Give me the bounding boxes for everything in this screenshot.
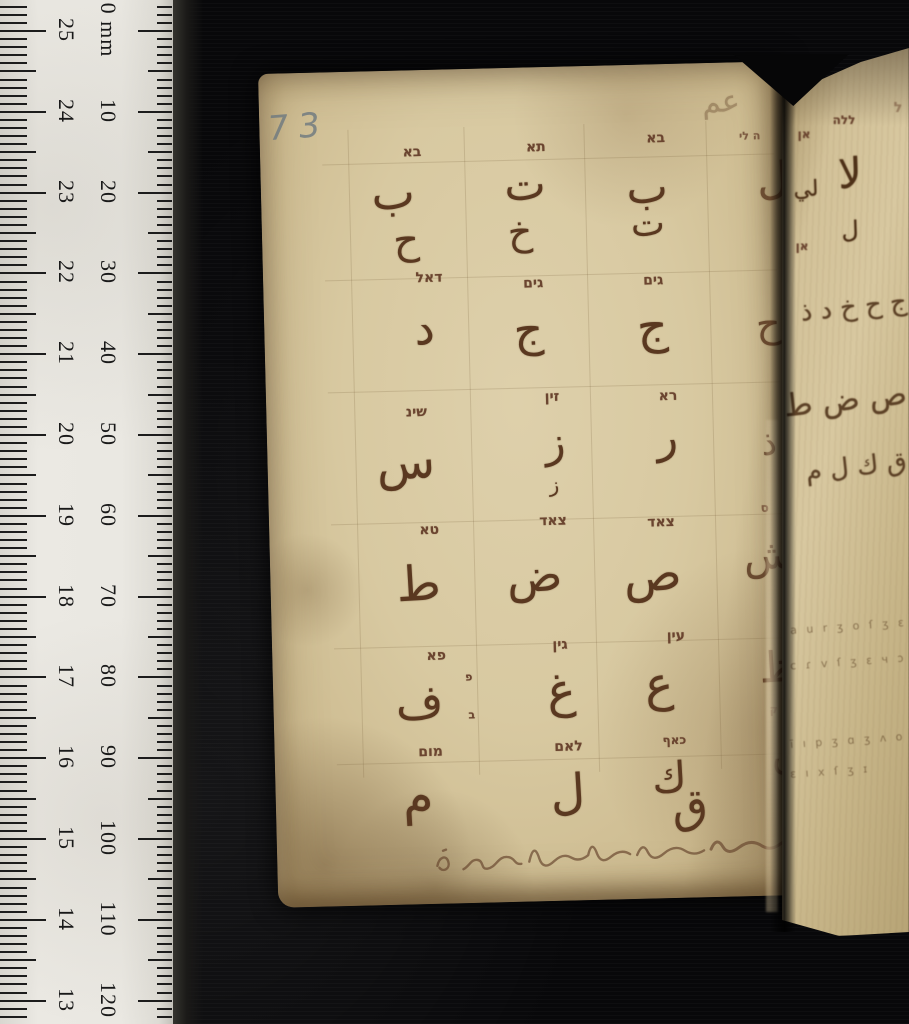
ruler-tick-left [0,693,27,695]
ruler-tick-right [157,822,172,824]
ruler-tick-right [157,870,172,872]
ruler-tick-left [0,491,27,493]
ruler-tick-left [0,6,27,8]
ruler-tick-right [157,103,172,105]
hebrew-transliteration-label: טא [419,523,439,537]
ruler-tick-right [157,612,172,614]
ruler-tick-left [0,386,27,388]
ruler-tick-left [0,862,27,864]
ruler-tick-left [0,539,27,541]
ruler-mm-number: 70 [95,584,121,608]
ruler-tick-right [157,38,172,40]
ruler-mm-number: 50 [95,422,121,446]
ruler-tick-right [138,1000,172,1002]
ruler-tick-left [0,22,27,24]
ruler-tick-right [138,192,172,194]
ruler-tick-left [0,992,27,994]
hebrew-transliteration-label: ב [468,709,475,720]
ruler-tick-left [0,685,27,687]
ruler-tick-right [157,628,172,630]
ruler-tick-right [157,54,172,56]
ruler-tick-left [0,297,27,299]
ruler-tick-left [0,159,27,161]
ruler-tick-right [138,919,172,921]
ruler-tick-right [157,887,172,889]
ruler-tick-left [0,749,27,751]
ruler-tick-left [0,418,27,420]
ruler-tick-left [0,870,27,872]
ruler-tick-left [0,1016,27,1018]
ruler-tick-right [157,345,172,347]
ruler-cm-number: 21 [53,341,79,365]
hebrew-transliteration-label: גין [552,638,568,652]
ruler-cm-number: 18 [53,584,79,608]
ruler-tick-left [0,709,27,711]
arabic-letter: عم [701,87,741,119]
ruler-mm-number: 120 [95,982,121,1018]
hebrew-transliteration-label: בא [646,131,665,145]
ruler-tick-left [0,321,27,323]
grid-line-vertical [583,124,600,772]
ruler-tick-left [0,895,27,897]
ruler-tick-left [0,1000,46,1002]
ruler-tick-right [157,337,172,339]
ruler-tick-left [0,790,27,792]
ruler-tick-left [0,410,27,412]
ruler-mm-number: 40 [95,341,121,365]
arabic-letter: خ [507,212,534,251]
ruler-tick-left [0,636,36,638]
hebrew-transliteration-label: רא [659,389,678,403]
ruler-tick-right [157,119,172,121]
ruler-tick-right [157,644,172,646]
ruler-tick-right [157,830,172,832]
ruler-tick-left [0,313,36,315]
ruler-tick-right [138,515,172,517]
ruler-tick-right [157,765,172,767]
faded-cursive-line [429,823,802,884]
ruler-tick-right [148,636,172,638]
ruler-tick-right [157,256,172,258]
ruler-cm-number: 14 [53,907,79,931]
ruler-tick-right [157,264,172,266]
ruler-tick-left [0,216,27,218]
ruler-tick-right [157,426,172,428]
ruler-tick-left [0,361,27,363]
ruler-tick-right [157,167,172,169]
ruler-tick-left [0,281,27,283]
ruler-tick-right [157,499,172,501]
ruler-tick-left [0,167,27,169]
ruler-tick-right [157,14,172,16]
ruler-tick-right [157,297,172,299]
hebrew-transliteration-label: דאל [415,271,442,286]
ruler-tick-right [157,361,172,363]
ruler-tick-left [0,450,27,452]
ruler-tick-left [0,523,27,525]
ruler-tick-right [157,579,172,581]
ruler-tick-left [0,644,27,646]
ruler-tick-left [0,676,46,678]
ruler-tick-left [0,935,27,937]
ruler-tick-right [157,862,172,864]
arabic-letter: ب [370,168,416,216]
ruler-tick-right [157,854,172,856]
ruler-tick-right [157,983,172,985]
hebrew-transliteration-label: פ [465,671,473,682]
ruler-tick-right [157,903,172,905]
arabic-letter: ت [503,162,547,208]
ruler-tick-left [0,329,27,331]
ruler-tick-right [157,6,172,8]
hebrew-transliteration-label: עין [667,629,686,643]
ruler-tick-right [157,386,172,388]
photo-scene: 252423222120191817161514130 mm1020304050… [0,0,909,1024]
ruler-tick-left [0,192,46,194]
ruler-tick-right [148,394,172,396]
ruler-tick-left [0,256,27,258]
ruler-tick-left [0,272,46,274]
hebrew-transliteration-label: אן [798,128,811,140]
ruler-tick-right [138,111,172,113]
ruler-tick-left [0,579,27,581]
ruler-tick-right [138,676,172,678]
ruler-tick-left [0,620,27,622]
faint-letter-row: ɛ ı x ſ ʒ ɪ [790,763,871,780]
ruler-tick-right [157,846,172,848]
ruler-tick-right [157,935,172,937]
arabic-letter: ل [549,768,587,818]
hebrew-transliteration-label: גים [643,273,663,287]
ruler-tick-left [0,111,46,113]
ruler-tick-left [0,741,27,743]
ruler-tick-right [157,507,172,509]
ruler-tick-right [157,369,172,371]
ruler-tick-right [157,951,172,953]
ruler-cm-number: 23 [53,180,79,204]
ruler-tick-right [138,30,172,32]
ruler-tick-left [0,240,27,242]
ruler-tick-right [157,1016,172,1018]
ruler-tick-right [157,450,172,452]
arabic-letter: ت [630,206,666,244]
ruler-tick-left [0,773,27,775]
ruler-tick-right [157,22,172,24]
ruler-tick-right [157,410,172,412]
ruler-tick-right [157,749,172,751]
ruler-tick-right [157,62,172,64]
arabic-letter: ف [394,678,444,727]
ruler-tick-right [157,539,172,541]
ruler-tick-left [0,596,46,598]
ruler-tick-left [0,248,27,250]
ruler-tick-left [0,975,27,977]
ruler-tick-left [0,878,36,880]
ruler-tick-left [0,70,36,72]
ruler-tick-left [0,151,36,153]
ruler-tick-left [0,830,27,832]
ruler-tick-left [0,814,27,816]
ruler-tick-left [0,838,46,840]
ruler-tick-right [148,232,172,234]
arabic-letter: ص [622,549,683,600]
ruler-tick-right [157,46,172,48]
ruler-tick-right [157,563,172,565]
ruler-tick-right [157,442,172,444]
arabic-letter: ج [512,306,544,354]
ruler-tick-right [157,491,172,493]
ruler-tick-left [0,135,27,137]
ruler-tick-left [0,54,27,56]
ruler-tick-left [0,612,27,614]
arabic-letter: ق [671,782,709,830]
ruler-tick-right [148,878,172,880]
ruler-tick-right [157,967,172,969]
ruler: 252423222120191817161514130 mm1020304050… [0,0,173,1024]
ruler-shadow [173,0,203,1024]
ruler-tick-right [157,927,172,929]
ruler-tick-right [148,474,172,476]
hebrew-transliteration-label: שינ [406,405,427,420]
ruler-tick-left [0,765,27,767]
arabic-letter: م [401,770,435,822]
arabic-letter: لا [837,153,862,196]
ruler-tick-right [157,143,172,145]
ruler-tick-left [0,434,46,436]
ruler-tick-right [157,733,172,735]
ruler-tick-left [0,919,46,921]
ruler-mm-number: 80 [95,664,121,688]
ruler-tick-left [0,911,27,913]
ruler-tick-left [0,668,27,670]
ruler-tick-left [0,959,36,961]
ruler-tick-left [0,507,27,509]
ruler-tick-left [0,628,27,630]
ruler-tick-right [148,151,172,153]
ruler-tick-right [157,159,172,161]
hebrew-transliteration-label: מום [418,745,443,760]
ruler-tick-left [0,264,27,266]
ruler-cm-number: 25 [53,18,79,42]
ruler-tick-right [157,652,172,654]
ruler-tick-right [157,685,172,687]
hebrew-transliteration-label: בא [402,145,421,159]
ruler-tick-right [148,555,172,557]
ruler-cm-number: 15 [53,826,79,850]
hebrew-transliteration-label: ה לי [739,130,761,142]
ruler-tick-left [0,887,27,889]
ruler-tick-left [0,466,27,468]
ruler-tick-left [0,822,27,824]
hebrew-transliteration-label: תא [526,140,546,154]
ruler-tick-right [157,668,172,670]
hebrew-transliteration-label: כאף [662,734,686,747]
ruler-tick-right [157,418,172,420]
ruler-tick-right [138,272,172,274]
ruler-tick-left [0,38,27,40]
hebrew-transliteration-label: פא [426,649,446,663]
ruler-tick-right [157,571,172,573]
ruler-tick-left [0,119,27,121]
ruler-tick-left [0,79,27,81]
ruler-tick-left [0,305,27,307]
ruler-tick-right [157,547,172,549]
ruler-tick-right [157,377,172,379]
arabic-letter: ل [841,218,859,243]
ruler-tick-right [157,660,172,662]
ruler-tick-left [0,200,27,202]
ruler-tick-left [0,571,27,573]
arabic-letter: ح [392,220,420,261]
ruler-tick-right [157,588,172,590]
ruler-mm-number: 100 [95,820,121,856]
ruler-tick-left [0,725,27,727]
arabic-letter: ض [505,551,563,600]
ruler-tick-right [157,200,172,202]
ruler-cm-number: 22 [53,260,79,284]
ruler-tick-right [157,87,172,89]
manuscript-left-page: 73 באתאבאה לידאלגיםגיםשינזיןראסטאצאדצאדפ… [258,61,802,908]
ruler-tick-right [157,79,172,81]
gutter-shadow [770,56,796,932]
ruler-tick-left [0,499,27,501]
ruler-mm-number: 0 mm [95,3,121,58]
ruler-tick-left [0,46,27,48]
ruler-tick-right [148,313,172,315]
ruler-tick-left [0,983,27,985]
ruler-tick-right [157,208,172,210]
ruler-tick-right [157,911,172,913]
ruler-tick-right [138,596,172,598]
ruler-tick-left [0,232,36,234]
ruler-tick-left [0,1008,27,1010]
ruler-tick-right [148,717,172,719]
ruler-tick-left [0,369,27,371]
ruler-tick-right [157,895,172,897]
ruler-tick-right [157,224,172,226]
ruler-tick-left [0,87,27,89]
ruler-tick-right [157,725,172,727]
ruler-mm-number: 90 [95,745,121,769]
ruler-tick-left [0,95,27,97]
ruler-tick-left [0,103,27,105]
ruler-tick-left [0,127,27,129]
ruler-tick-left [0,781,27,783]
hebrew-transliteration-label: צאד [647,515,675,530]
faint-letter-row: ī ı p ʒ ɑ ʒ ʌ o ı b [790,729,909,750]
ruler-mm-number: 30 [95,260,121,284]
ruler-tick-right [157,814,172,816]
ruler-tick-right [148,798,172,800]
ruler-tick-left [0,943,27,945]
ruler-tick-right [157,693,172,695]
ruler-tick-left [0,515,46,517]
ruler-tick-right [157,992,172,994]
ruler-tick-right [138,353,172,355]
ruler-tick-right [138,434,172,436]
ruler-tick-left [0,458,27,460]
ruler-tick-right [157,620,172,622]
ruler-tick-left [0,967,27,969]
ruler-tick-left [0,353,46,355]
ruler-cm-number: 19 [53,503,79,527]
hebrew-transliteration-label: ל [894,101,902,115]
manuscript-right-page: אןללהלאןلاليلج ح خ د ذص ض ط ظق ك ل مa u … [782,46,909,936]
arabic-letter: ز [544,421,567,464]
ruler-tick-left [0,563,27,565]
ruler-tick-right [157,523,172,525]
ruler-cm-number: 17 [53,664,79,688]
ruler-tick-left [0,547,27,549]
ruler-tick-left [0,175,27,177]
ruler-tick-right [157,975,172,977]
hebrew-transliteration-label: אן [796,240,809,252]
ruler-tick-right [157,329,172,331]
ruler-tick-left [0,402,27,404]
ruler-tick-right [138,757,172,759]
ruler-tick-left [0,224,27,226]
ruler-tick-left [0,854,27,856]
ruler-tick-left [0,660,27,662]
ruler-mm-number: 60 [95,503,121,527]
ruler-tick-right [157,741,172,743]
ruler-tick-left [0,377,27,379]
ruler-tick-left [0,143,27,145]
ruler-tick-right [157,790,172,792]
ruler-tick-left [0,208,27,210]
ruler-tick-right [157,184,172,186]
arabic-letter: ط [395,559,442,610]
ruler-tick-right [157,604,172,606]
hebrew-transliteration-label: זין [545,390,560,404]
ruler-tick-right [157,701,172,703]
ruler-tick-right [157,773,172,775]
hebrew-transliteration-label: צאד [539,514,567,529]
ruler-tick-left [0,806,27,808]
ruler-tick-left [0,604,27,606]
ruler-tick-right [157,135,172,137]
arabic-letter: د [413,304,436,351]
ruler-tick-left [0,757,46,759]
ruler-tick-right [157,321,172,323]
ruler-tick-left [0,531,27,533]
ruler-tick-left [0,717,36,719]
faint-letter-row: a u r ʒ o ſ ʒ ɛ ı ɛ [790,615,909,636]
grid-line-vertical [347,130,364,778]
arabic-letter: ج [635,302,669,352]
ruler-tick-left [0,588,27,590]
ruler-tick-right [138,838,172,840]
ruler-tick-right [157,1008,172,1010]
ruler-tick-right [148,959,172,961]
folio-number: 73 [266,105,330,150]
arabic-letter: ر [655,416,679,461]
ruler-tick-right [157,240,172,242]
ruler-tick-right [157,289,172,291]
arabic-letter: س [375,437,436,488]
ruler-tick-left [0,474,36,476]
ruler-tick-left [0,289,27,291]
ruler-tick-left [0,483,27,485]
ruler-tick-left [0,394,36,396]
ruler-tick-left [0,846,27,848]
ruler-tick-right [157,305,172,307]
hebrew-transliteration-label: לאם [554,739,583,754]
ruler-mm-number: 20 [95,180,121,204]
ruler-tick-left [0,903,27,905]
arabic-letter: ع [643,660,674,710]
ruler-tick-left [0,30,46,32]
